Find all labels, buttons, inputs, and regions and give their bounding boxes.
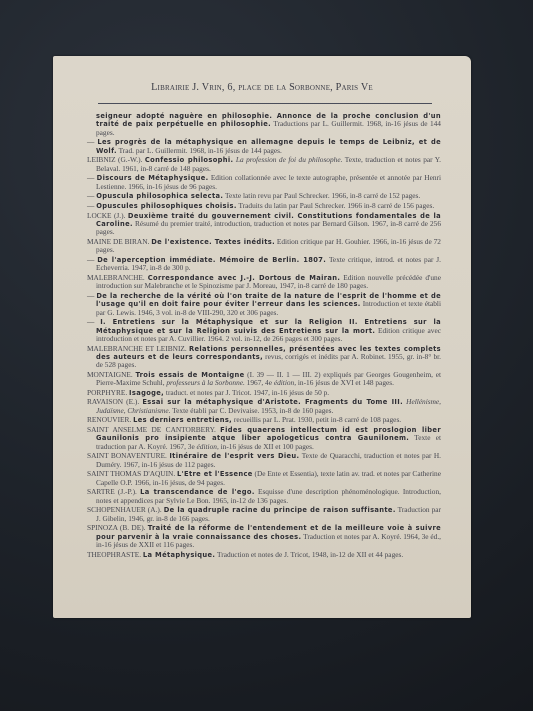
entry-title: Opuscula philosophica selecta. xyxy=(96,192,223,200)
catalog-entry: SAINT ANSELME DE CANTORBERY. Fides quaer… xyxy=(87,426,441,451)
catalog-entries: seigneur adopté naguère en philosophie. … xyxy=(87,112,441,560)
entry-title: La Métaphysique. xyxy=(143,551,215,559)
catalog-entry: SARTRE (J.-P.). La transcendance de l'eg… xyxy=(87,488,441,505)
catalog-page: Librairie J. Vrin, 6, place de la Sorbon… xyxy=(53,56,471,618)
catalog-entry: seigneur adopté naguère en philosophie. … xyxy=(87,112,441,137)
publisher-header: Librairie J. Vrin, 6, place de la Sorbon… xyxy=(53,82,471,93)
catalog-entry: SPINOZA (B. de). Traité de la réforme de… xyxy=(87,524,441,549)
entry-title: Opuscules philosophiques choisis. xyxy=(96,202,237,210)
entry-italic: La profession de foi du philosophe. xyxy=(236,155,343,164)
catalog-entry: — Les progrès de la métaphysique en alle… xyxy=(87,138,441,155)
catalog-entry: LEIBNIZ (G.-W.). Confessio philosophi. L… xyxy=(87,156,441,173)
catalog-entry: — I. Entretiens sur la Métaphysique et s… xyxy=(87,318,441,343)
entry-title: Les derniers entretiens, xyxy=(133,416,232,424)
entry-italic: professeurs à la Sorbonne. xyxy=(166,378,244,387)
entry-description: 1967, 4e xyxy=(245,378,274,387)
catalog-entry: SCHOPENHAUER (A.). De la quadruple racin… xyxy=(87,506,441,523)
entry-author: THEOPHRASTE. xyxy=(87,550,141,559)
catalog-entry: MALEBRANCHE et LEIBNIZ. Relations person… xyxy=(87,345,441,370)
catalog-entry: LOCKE (J.). Deuxième traité du gouvernem… xyxy=(87,212,441,237)
entry-author: SPINOZA (B. de). xyxy=(87,523,145,532)
catalog-entry: SAINT BONAVENTURE. Itinéraire de l'espri… xyxy=(87,452,441,469)
entry-description: Texte latin revu par Paul Schrecker. 196… xyxy=(223,191,420,200)
em-dash: — xyxy=(87,291,96,300)
catalog-entry: MAINE DE BIRAN. De l'existence. Textes i… xyxy=(87,238,441,255)
entry-author: MALEBRANCHE et LEIBNIZ. xyxy=(87,344,187,353)
entry-description: Résumé du premier traité, introduction, … xyxy=(96,219,441,236)
entry-description: Trad. par L. Guillermit. 1968, in-16 jés… xyxy=(117,146,282,155)
em-dash: — xyxy=(87,137,97,146)
catalog-entry: MONTAIGNE. Trois essais de Montaigne (I.… xyxy=(87,371,441,388)
catalog-entry: — Opuscules philosophiques choisis. Trad… xyxy=(87,202,441,210)
entry-italic: édition, xyxy=(274,378,296,387)
entry-description: Traduction et notes de J. Tricot, 1948, … xyxy=(215,550,403,559)
entry-italic: édition, xyxy=(197,442,219,451)
catalog-entry: PORPHYRE. Isagoge, traduct. et notes par… xyxy=(87,389,441,397)
bleed-through-text xyxy=(87,601,441,611)
catalog-entry: MALEBRANCHE. Correspondance avec J.-J. D… xyxy=(87,274,441,291)
entry-author: RENOUVIER. xyxy=(87,415,131,424)
entry-title: De l'existence. Textes inédits. xyxy=(151,238,275,246)
entry-description: recueillis par L. Prat. 1930, petit in-8… xyxy=(232,415,401,424)
catalog-entry: SAINT THOMAS D'AQUIN. L'Etre et l'Essenc… xyxy=(87,470,441,487)
catalog-entry: — Discours de Métaphysique. Edition coll… xyxy=(87,174,441,191)
em-dash: — xyxy=(87,201,96,210)
catalog-entry: — Opuscula philosophica selecta. Texte l… xyxy=(87,192,441,200)
catalog-entry: THEOPHRASTE. La Métaphysique. Traduction… xyxy=(87,551,441,559)
entry-description: in-16 jésus de XVI et 148 pages. xyxy=(296,378,394,387)
catalog-entry: RAVAISON (E.). Essai sur la métaphysique… xyxy=(87,398,441,415)
em-dash: — xyxy=(87,317,100,326)
entry-author: PORPHYRE. xyxy=(87,388,127,397)
catalog-entry: — De l'aperception immédiate. Mémoire de… xyxy=(87,256,441,273)
entry-description: in-16 jésus de XII et 100 pages. xyxy=(219,442,314,451)
catalog-entry: — De la recherche de la vérité où l'on t… xyxy=(87,292,441,317)
header-rule xyxy=(98,103,432,104)
entry-description: Traduits du latin par Paul Schrecker. 19… xyxy=(237,201,434,210)
entry-description: traduct. et notes par J. Tricot. 1947, i… xyxy=(164,388,329,397)
em-dash: — xyxy=(87,191,96,200)
entry-author: SAINT ANSELME DE CANTORBERY. xyxy=(87,425,216,434)
catalog-entry: RENOUVIER. Les derniers entretiens, recu… xyxy=(87,416,441,424)
entry-author: LOCKE (J.). xyxy=(87,211,125,220)
entry-description: Texte établi par C. Devivaise. 1953, in-… xyxy=(170,406,333,415)
entry-title: Isagoge, xyxy=(129,389,164,397)
